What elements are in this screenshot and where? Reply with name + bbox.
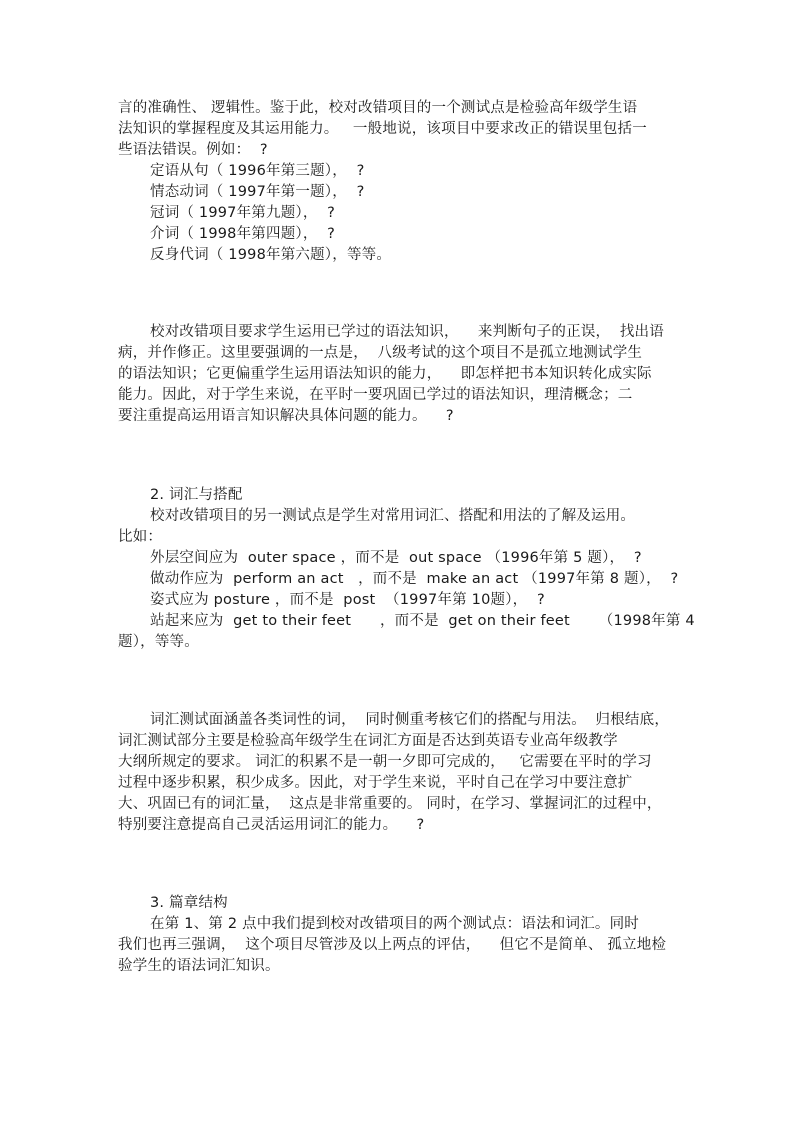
- text-line: 过程中逐步积累，积少成多。因此，对于学生来说，平时自己在学习中要注意扩: [118, 773, 633, 794]
- text-line: 校对改错项目要求学生运用已学过的语法知识， 来判断句子的正误， 找出语: [150, 322, 664, 343]
- text-line: 词汇测试面涵盖各类词性的词， 同时侧重考核它们的搭配与用法。 归根结底，: [150, 710, 669, 731]
- vocab-example: 做动作应为 perform an act ，而不是 make an act （1…: [150, 569, 678, 590]
- text-line: 词汇测试部分主要是检验高年级学生在词汇方面是否达到英语专业高年级教学: [118, 731, 618, 752]
- grammar-example: 情态动词（ 1997年第一题）， ?: [150, 182, 364, 203]
- text-line: 我们也再三强调， 这个项目尽管涉及以上两点的评估， 但它不是简单、 孤立地检: [118, 935, 666, 956]
- vocab-example: 姿式应为 posture ，而不是 post （1997年第 10题）， ?: [150, 590, 545, 611]
- vocab-example: 站起来应为 get to their feet ，而不是 get on thei…: [150, 611, 695, 632]
- text-line: 病，并作修正。这里要强调的一点是， 八级考试的这个项目不是孤立地测试学生: [118, 343, 642, 364]
- section-heading: 2. 词汇与搭配: [150, 485, 243, 506]
- text-line: 法知识的掌握程度及其运用能力。 一般地说，该项目中要求改正的错误里包括一: [118, 119, 647, 140]
- text-line: 特别要注意提高自己灵活运用词汇的能力。 ?: [118, 815, 424, 836]
- grammar-example: 介词（ 1998年第四题）， ?: [150, 224, 335, 245]
- text-line: 在第 1、第 2 点中我们提到校对改错项目的两个测试点：语法和词汇。同时: [150, 914, 639, 935]
- text-line: 校对改错项目的另一测试点是学生对常用词汇、搭配和用法的了解及运用。: [150, 506, 635, 527]
- text-line: 能力。因此，对于学生来说，在平时一要巩固已学过的语法知识，理清概念；二: [118, 385, 633, 406]
- section-heading: 3. 篇章结构: [150, 893, 228, 914]
- text-line: 大纲所规定的要求。 词汇的积累不是一朝一夕即可完成的， 它需要在平时的学习: [118, 752, 652, 773]
- text-line: 比如：: [118, 527, 162, 548]
- grammar-example: 反身代词（ 1998年第六题），等等。: [150, 245, 391, 266]
- vocab-example: 外层空间应为 outer space ，而不是 out space （1996年…: [150, 548, 642, 569]
- text-line: 大、巩固已有的词汇量， 这点是非常重要的。 同时，在学习、掌握词汇的过程中，: [118, 794, 662, 815]
- grammar-example: 定语从句（ 1996年第三题）， ?: [150, 161, 364, 182]
- text-line: 言的准确性、 逻辑性。鉴于此，校对改错项目的一个测试点是检验高年级学生语: [118, 98, 637, 119]
- text-line: 的语法知识；它更偏重学生运用语法知识的能力， 即怎样把书本知识转化成实际: [118, 364, 652, 385]
- text-line: 题），等等。: [118, 632, 199, 653]
- text-line: 些语法错误。例如： ?: [118, 140, 268, 161]
- grammar-example: 冠词（ 1997年第九题）， ?: [150, 203, 335, 224]
- text-line: 要注重提高运用语言知识解决具体问题的能力。 ?: [118, 406, 454, 427]
- text-line: 验学生的语法词汇知识。: [118, 956, 280, 977]
